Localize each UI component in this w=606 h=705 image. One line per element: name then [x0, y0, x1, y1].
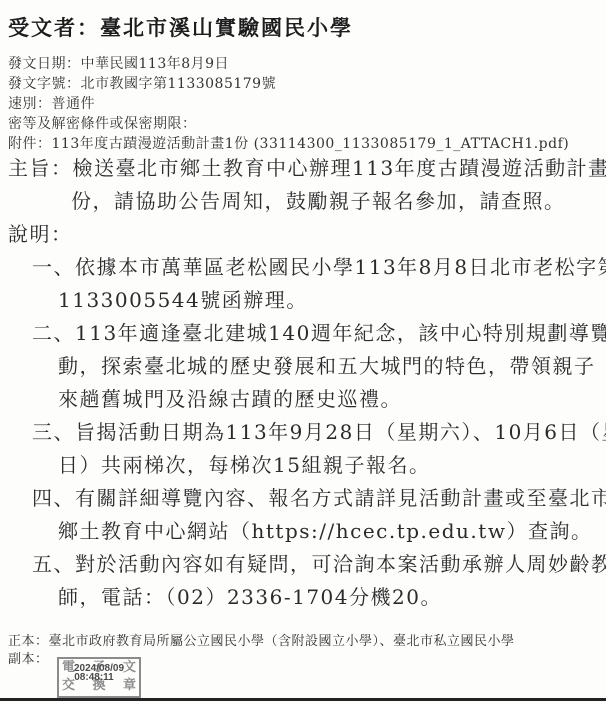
subject-line-2: 份，請協助公告周知，鼓勵親子報名參加，請查照。: [0, 185, 606, 218]
explanation-item-1-line-2: 1133005544號函辦理。: [0, 284, 606, 317]
meta-issue-date: 發文日期：中華民國113年8月9日: [8, 54, 569, 74]
page-bottom-edge: [0, 698, 606, 701]
explanation-item-4-line-1: 四、有關詳細導覽內容、報名方式請詳見活動計畫或至臺北市: [0, 482, 606, 515]
explanation-item-1-line-1: 一、依據本市萬華區老松國民小學113年8月8日北市老松字第: [0, 251, 606, 284]
meta-document-number: 發文字號：北市教國字第1133085179號: [8, 74, 569, 94]
explanation-item-2-line-3: 來趟舊城門及沿線古蹟的歷史巡禮。: [0, 383, 606, 416]
explanation-item-5-line-2: 師，電話：（02）2336-1704分機20。: [0, 581, 606, 614]
meta-attachment: 附件：113年度古蹟漫遊活動計畫1份 (33114300_1133085179_…: [8, 134, 569, 154]
official-letter-page: 受文者：臺北市溪山實驗國民小學 發文日期：中華民國113年8月9日 發文字號：北…: [0, 0, 606, 705]
meta-speed-class: 速別：普通件: [8, 94, 569, 114]
explanation-item-3-line-2: 日）共兩梯次，每梯次15組親子報名。: [0, 449, 606, 482]
explanation-item-2-line-2: 動，探索臺北城的歷史發展和五大城門的特色，帶領親子: [0, 350, 606, 383]
electronic-exchange-stamp: 電子文 交換章 2024/08/09 08:48:11: [57, 657, 141, 698]
stamp-time: 08:48:11: [49, 673, 139, 683]
meta-security-class: 密等及解密條件或保密期限：: [8, 114, 569, 134]
explanation-item-2-line-1: 二、113年適逢臺北建城140週年紀念，該中心特別規劃導覽活: [0, 317, 606, 350]
explanation-item-4-line-2: 鄉土教育中心網站（https://hcec.tp.edu.tw）查詢。: [0, 515, 606, 548]
explanation-item-5-line-1: 五、對於活動內容如有疑問，可洽詢本案活動承辦人周妙齡教: [0, 548, 606, 581]
stamp-timestamp: 2024/08/09 08:48:11: [59, 664, 139, 683]
original-copy-line: 正本：臺北市政府教育局所屬公立國民小學（含附設國立小學）、臺北市私立國民小學: [8, 633, 515, 651]
recipient-line: 受文者：臺北市溪山實驗國民小學: [8, 12, 353, 42]
explanation-heading: 說明：: [0, 218, 606, 251]
subject-line-1: 主旨：檢送臺北市鄉土教育中心辦理113年度古蹟漫遊活動計畫1: [0, 152, 606, 185]
explanation-item-3-line-1: 三、旨揭活動日期為113年9月28日（星期六）、10月6日（星期: [0, 416, 606, 449]
letter-body: 主旨：檢送臺北市鄉土教育中心辦理113年度古蹟漫遊活動計畫1 份，請協助公告周知…: [0, 152, 606, 614]
meta-block: 發文日期：中華民國113年8月9日 發文字號：北市教國字第1133085179號…: [8, 54, 569, 154]
